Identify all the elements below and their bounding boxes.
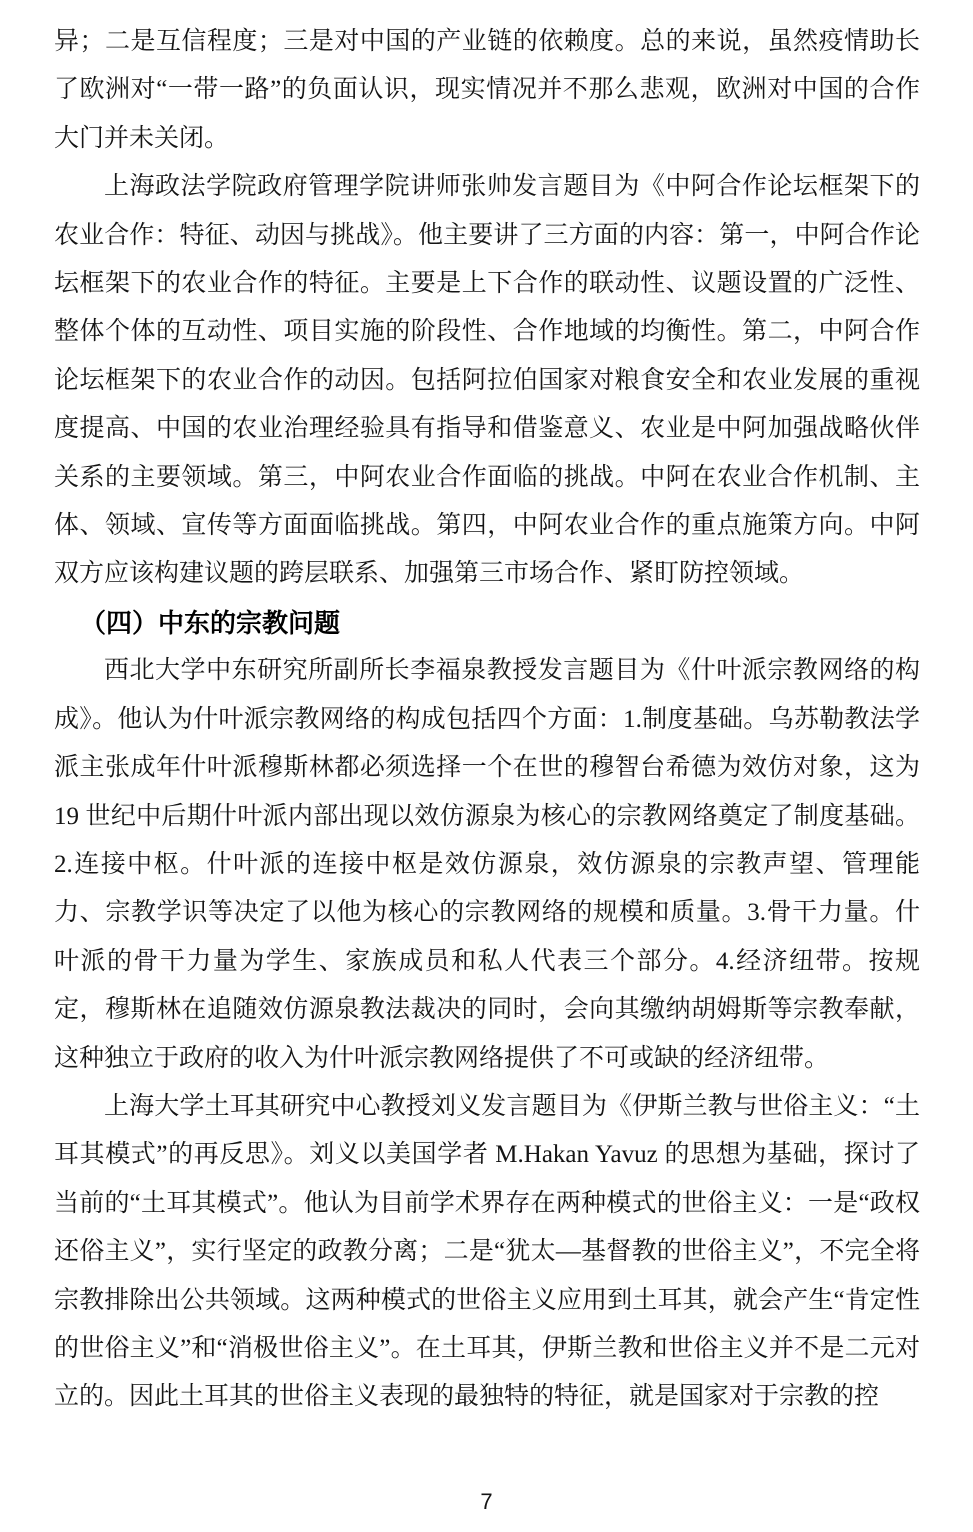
- paragraph-continuation: 异；二是互信程度；三是对中国的产业链的依赖度。总的来说，虽然疫情助长了欧洲对“一…: [54, 18, 920, 163]
- section-heading-religion-middle-east: （四）中东的宗教问题: [54, 599, 920, 647]
- page-number: 7: [0, 1488, 973, 1516]
- paragraph-turkey-secularism: 上海大学土耳其研究中心教授刘义发言题目为《伊斯兰教与世俗主义：“土耳其模式”的再…: [54, 1083, 920, 1422]
- paragraph-shia-religious-network: 西北大学中东研究所副所长李福泉教授发言题目为《什叶派宗教网络的构成》。他认为什叶…: [54, 647, 920, 1083]
- page-body: 异；二是互信程度；三是对中国的产业链的依赖度。总的来说，虽然疫情助长了欧洲对“一…: [54, 18, 920, 1422]
- document-page: 异；二是互信程度；三是对中国的产业链的依赖度。总的来说，虽然疫情助长了欧洲对“一…: [0, 0, 973, 1532]
- paragraph-agriculture-cooperation: 上海政法学院政府管理学院讲师张帅发言题目为《中阿合作论坛框架下的农业合作：特征、…: [54, 163, 920, 599]
